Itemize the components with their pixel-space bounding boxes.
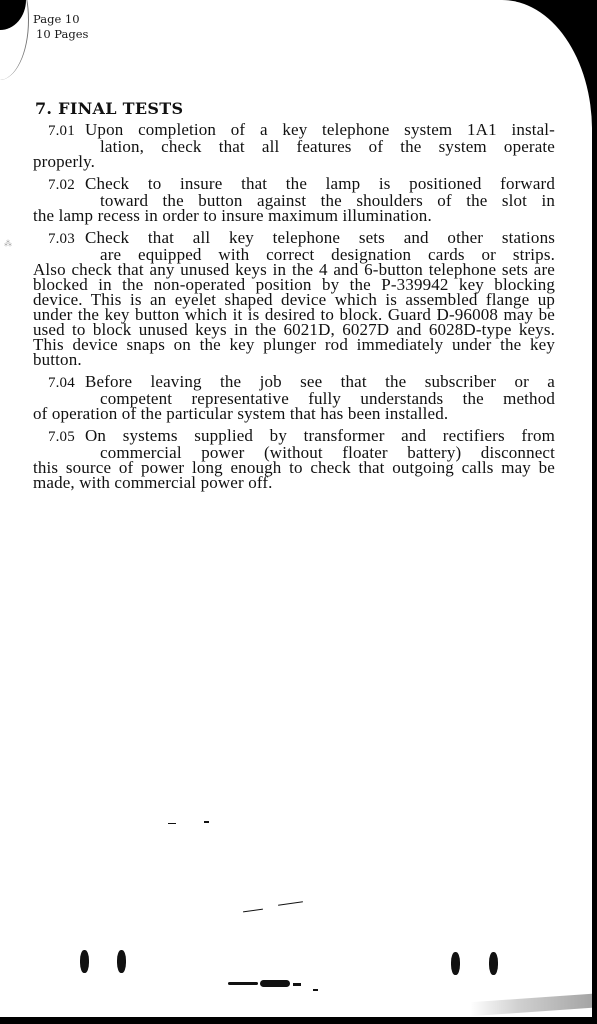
paragraph-7-04: 7.04Before leaving the job see that the …: [33, 374, 555, 421]
scan-mark: [243, 909, 263, 913]
page-edge-smudge: [470, 994, 592, 1017]
paragraph-number: 7.04: [33, 376, 85, 391]
paragraph-number: 7.03: [33, 232, 85, 247]
paragraph-text-line2: lation, check that all features of the s…: [33, 139, 555, 154]
paragraph-7-02: 7.02Check to insure that the lamp is pos…: [33, 176, 555, 223]
scan-smear: [313, 989, 318, 991]
binding-hole-right-1: [451, 952, 460, 975]
paragraph-7-01: 7.01Upon completion of a key telephone s…: [33, 122, 555, 169]
paragraph-number: 7.05: [33, 430, 85, 445]
page-edge-curve: [0, 0, 29, 80]
binding-hole-right-2: [489, 952, 498, 975]
paragraph-text-rest: this source of power long enough to chec…: [33, 460, 555, 490]
page-number: Page 10: [33, 12, 88, 27]
paragraph-number: 7.02: [33, 178, 85, 193]
scan-speck: ⁂: [4, 240, 9, 248]
paragraph-text-rest: the lamp recess in order to insure maxim…: [33, 208, 555, 223]
section-content: 7. FINAL TESTS 7.01Upon completion of a …: [33, 99, 555, 497]
paragraph-7-05: 7.05On systems supplied by transformer a…: [33, 428, 555, 490]
section-title: 7. FINAL TESTS: [35, 99, 555, 118]
document-page: Page 10 10 Pages ⁂ 7. FINAL TESTS 7.01Up…: [0, 0, 592, 1017]
paragraph-text-rest: of operation of the particular system th…: [33, 406, 555, 421]
paragraph-text-rest: Also check that any unused keys in the 4…: [33, 262, 555, 367]
scan-smear: [228, 982, 258, 985]
scan-smear: [293, 983, 301, 986]
paragraph-7-03: 7.03Check that all key telephone sets an…: [33, 230, 555, 367]
binding-hole-left-1: [80, 950, 89, 973]
page-count: 10 Pages: [33, 27, 88, 42]
scan-mark: [278, 901, 303, 905]
paragraph-text-rest: properly.: [33, 154, 555, 169]
scan-mark: [204, 821, 209, 823]
page-header: Page 10 10 Pages: [33, 12, 88, 42]
scan-mark: [168, 823, 176, 824]
binding-hole-left-2: [117, 950, 126, 973]
paragraph-number: 7.01: [33, 124, 85, 139]
scan-smear: [260, 980, 290, 987]
